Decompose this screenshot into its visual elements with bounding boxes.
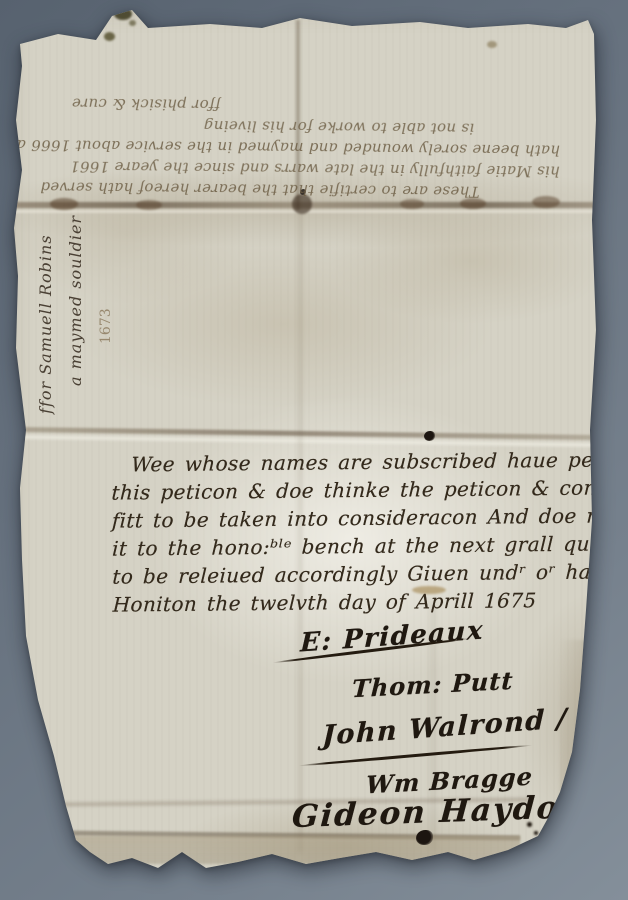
- fold-stain: [50, 198, 78, 210]
- document-paper: These are to certifie that the bearer he…: [0, 0, 628, 900]
- pen-dot: [527, 822, 532, 827]
- fold-stain: [136, 200, 162, 210]
- photo-background: These are to certifie that the bearer he…: [0, 0, 628, 900]
- foxing-spot: [487, 41, 497, 48]
- side-note-line-2: a maymed souldier: [66, 215, 85, 386]
- stain-top-left: [104, 32, 115, 41]
- ink-blot-signature: [416, 830, 433, 845]
- stain-top-tab: [114, 8, 132, 20]
- main-text-block: Wee whose names are subscribed haue peru…: [111, 445, 613, 618]
- year-note: 1673: [98, 308, 114, 344]
- stain-top-left-small: [129, 20, 136, 26]
- side-note-line-1: ffor Samuell Robins: [36, 234, 55, 414]
- ink-blot-middle-fold: [424, 431, 435, 441]
- pen-dot: [534, 831, 538, 835]
- inverted-endorsement: These are to certifie that the bearer he…: [54, 87, 560, 202]
- document-paper-wrap: These are to certifie that the bearer he…: [0, 0, 628, 900]
- main-text-line: Honiton the twelvth day of Aprill 1675: [112, 585, 613, 618]
